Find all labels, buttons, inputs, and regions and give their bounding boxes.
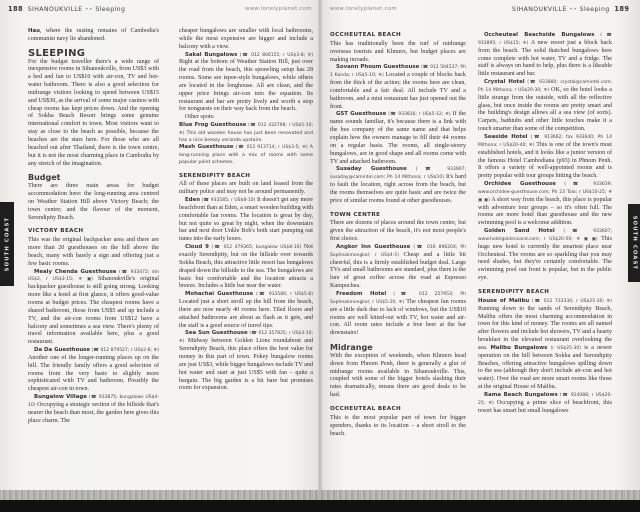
left-side-tab-label: SOUTH COAST (4, 217, 10, 272)
listing-freedom-hotel: Freedom Hotel (☎ 012 257953; Ph Sopheakm… (330, 291, 466, 338)
town-centre-heading: TOWN CENTRE (330, 212, 466, 220)
listing-cloud-9: Cloud 9 (☎ 012 479365; bungalow US$8-10)… (179, 244, 313, 291)
intro-paragraph: Hau, where the rusting remains of Cambod… (28, 28, 159, 44)
left-column-1: Hau, where the rusting remains of Cambod… (28, 28, 159, 426)
town-centre-paragraph: There are dozens of places around the to… (330, 220, 466, 244)
book-gutter (319, 0, 321, 500)
midrange-heading: Midrange (330, 344, 466, 352)
right-url: www.lonelyplanet.com (330, 6, 397, 12)
listing-occheuteal-beachside: Occheuteal Beachside Bungalows (☎ 933895… (478, 32, 612, 79)
listing-orchidee: Orchidee Guesthouse (☎ 933639; www.orchi… (478, 181, 612, 228)
listing-susaday: Susaday Guesthouse (☎ 933907; susaday@ca… (330, 166, 466, 205)
sleeping-heading: SLEEPING (28, 50, 159, 58)
budget-heading: Budget (28, 174, 159, 182)
occheuteal-heading-2: OCCHEUTEAL BEACH (330, 406, 466, 414)
right-side-tab-label: SOUTH COAST (631, 216, 637, 271)
listing-house-of-malibu: House of Malibu (☎ 012 733334; r US$25-3… (478, 298, 612, 392)
occheuteal-paragraph: This has traditionally been the turf of … (330, 41, 466, 65)
listing-crystal-hotel: Crystal Hotel (☎ 933880; crystal@caminte… (478, 79, 612, 134)
serendipity-paragraph: All of these places are built on land le… (179, 181, 313, 197)
victory-beach-heading: VICTORY BEACH (28, 228, 159, 236)
midrange-paragraph: With the exception of weekends, when Khm… (330, 353, 466, 400)
right-head-section: Sleeping (580, 6, 610, 13)
listing-sea-sun: Sea Sun Guesthouse (☎ 012 357825; r US$3… (179, 330, 313, 393)
listing-mash: Mash Guesthouse (☎ 012 913714; r US$3-5;… (179, 144, 313, 166)
listing-golden-sand: Golden Sand Hotel (☎ 933607; www.hotelgo… (478, 228, 612, 283)
listing-blue-frog: Blue Frog Guesthouse (☎ 012 432798; r US… (179, 122, 313, 144)
listing-seaside-hotel: Seaside Hotel (☎ 913662; fax 933640; Ph … (478, 134, 612, 181)
scan-bottom-border (0, 500, 640, 512)
serendipity-heading-left: SERENDIPITY BEACH (179, 173, 313, 181)
listing-sovann-phoum: Sovann Phoum Guesthouse (☎ 012 504537; P… (330, 64, 466, 111)
listing-mohachai: Mohachai Guesthouse (☎ 933586; r US$5-8)… (179, 291, 313, 330)
left-column-2: cheaper bungalows are smaller with local… (179, 28, 313, 393)
right-head-title: SIHANOUKVILLE (512, 6, 567, 13)
right-page-number: 189 (614, 5, 629, 13)
left-side-tab: SOUTH COAST (0, 202, 14, 286)
left-page-number: 188 (8, 5, 23, 13)
right-running-head: SIHANOUKVILLE •• Sleeping 189 (512, 5, 629, 13)
right-side-tab: SOUTH COAST (628, 204, 640, 282)
left-running-head: 188 SIHANOUKVILLE •• Sleeping (8, 5, 125, 13)
listing-gst: GST Guesthouse (☎ 933816; r US$5-12; ❄) … (330, 111, 466, 166)
right-column-1: OCCHEUTEAL BEACH This has traditionally … (330, 30, 466, 438)
right-head-arrow: •• (569, 6, 577, 13)
listing-mealy-chenda: Mealy Chenda Guesthouse (☎ 933472; dm US… (28, 269, 159, 347)
listing-bungalow-village: Bungalow Village (☎ 933875; bungalows US… (28, 394, 159, 425)
other-spots-label: Other spots: (179, 114, 313, 122)
listing-rama-beach: Rama Beach Bungalows (☎ 914088; r US$20-… (478, 392, 612, 416)
continued-paragraph: cheaper bungalows are smaller with local… (179, 28, 313, 52)
victory-beach-paragraph: This was the original backpacker area an… (28, 237, 159, 268)
budget-paragraph: There are three main areas for budget ac… (28, 183, 159, 222)
left-url: www.lonelyplanet.com (245, 6, 312, 12)
sleeping-paragraph: For the budget traveller there's a wide … (28, 59, 159, 169)
listing-sakal: Sakal Bungalows (☎ 012 806155; r US$3-8;… (179, 52, 313, 115)
occheuteal-heading: OCCHEUTEAL BEACH (330, 32, 466, 40)
listing-angkor-inn: Angkor Inn Guesthouse (☎ 016 896204; Ph … (330, 244, 466, 291)
listing-da-da: Da Da Guesthouse (☎ 012 879527; r US$2-8… (28, 347, 159, 394)
left-head-section: Sleeping (95, 6, 125, 13)
left-head-arrow: •• (85, 6, 93, 13)
book-spread: 188 SIHANOUKVILLE •• Sleeping www.lonely… (0, 0, 640, 500)
right-column-2: Occheuteal Beachside Bungalows (☎ 933895… (478, 30, 612, 416)
listing-eden: Eden (☎ 933585; r US$8-10) It doesn't ge… (179, 197, 313, 244)
occheuteal-paragraph-2: This is the most popular part of town fo… (330, 415, 466, 439)
serendipity-heading-right: SERENDIPITY BEACH (478, 289, 612, 297)
left-head-title: SIHANOUKVILLE (28, 6, 83, 13)
